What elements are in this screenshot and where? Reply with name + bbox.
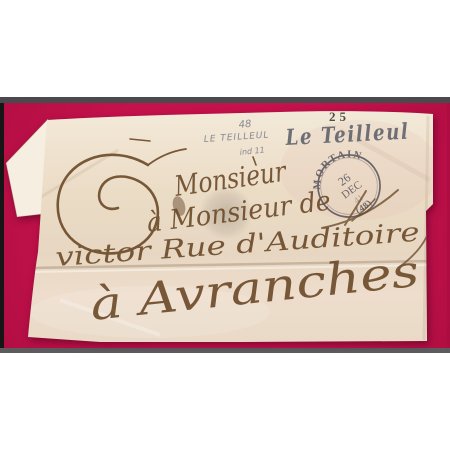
letter-scene: 25 Le Teilleul 48 LE TEILLEUL ind 11 MOR… — [0, 0, 450, 450]
pencil-note-department: 48 — [238, 119, 252, 131]
photo-of-postal-cover: 25 Le Teilleul 48 LE TEILLEUL ind 11 MOR… — [0, 0, 450, 450]
